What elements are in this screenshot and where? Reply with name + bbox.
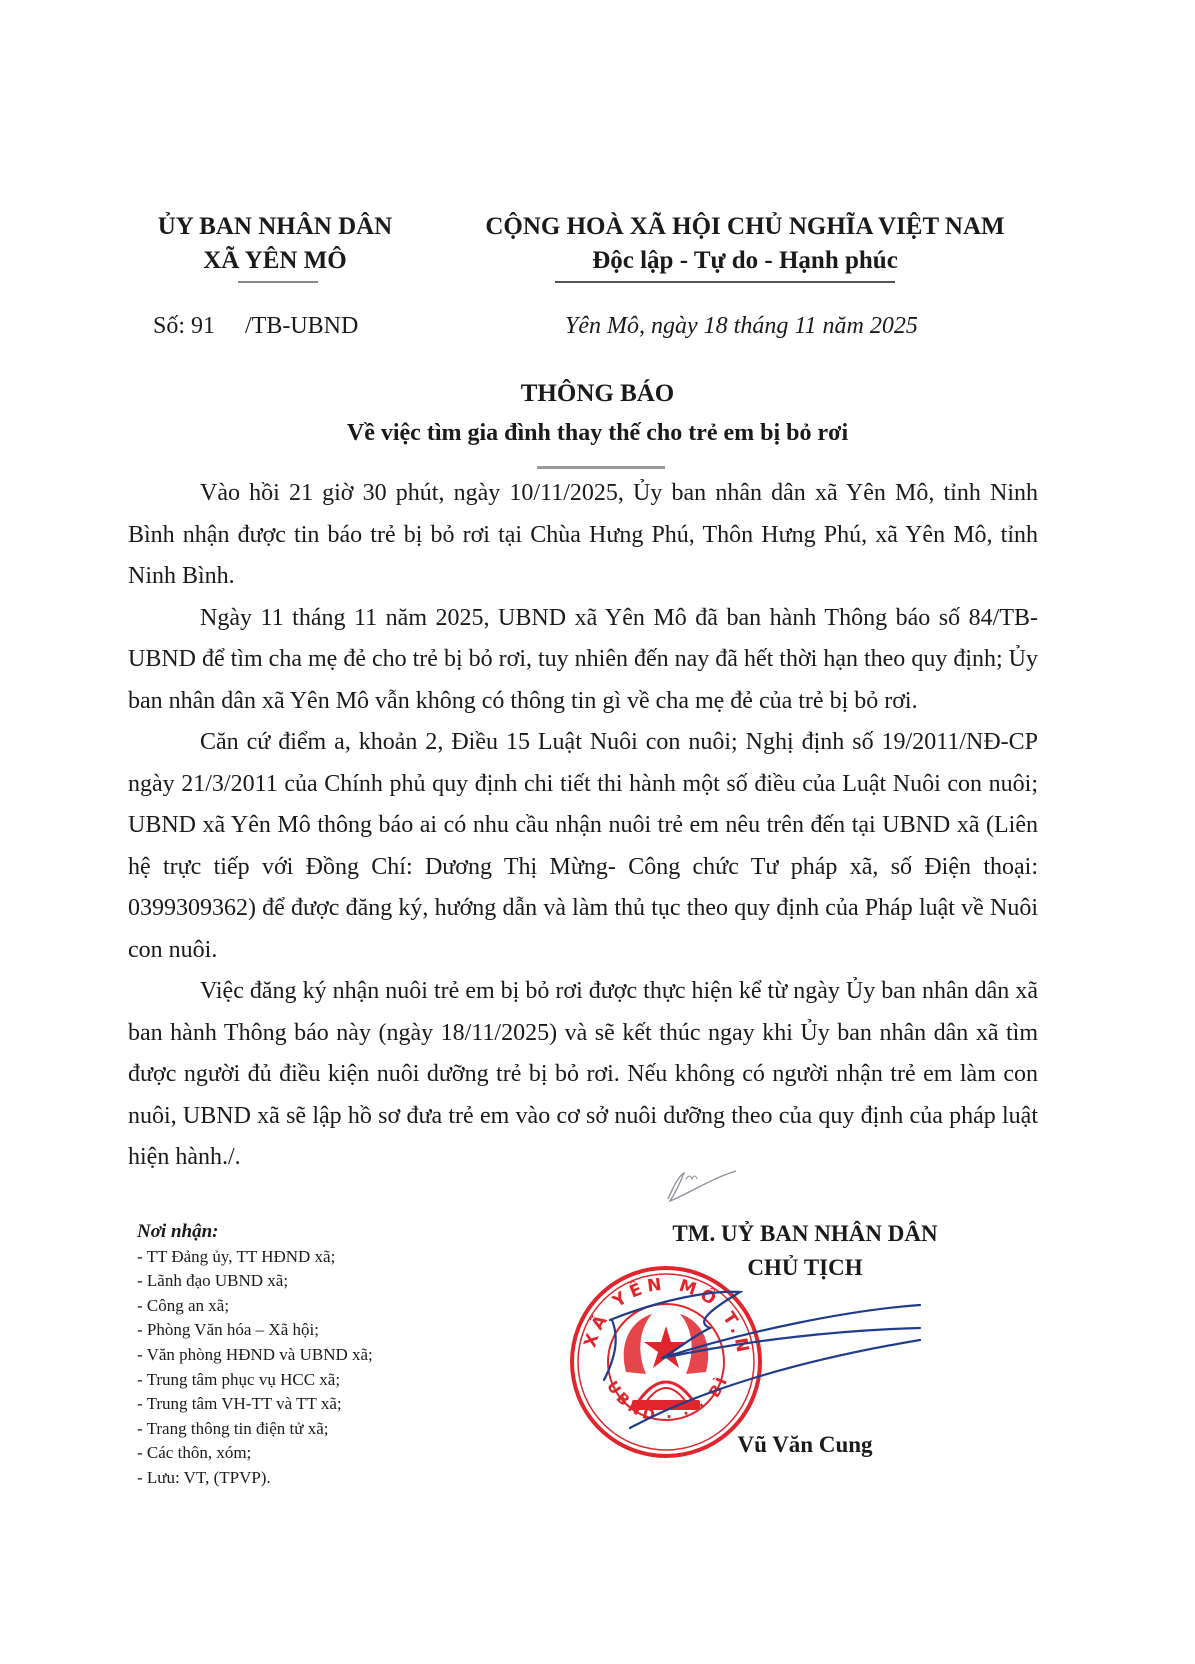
document-subtitle: Về việc tìm gia đình thay thế cho trẻ em… [0, 420, 1195, 447]
recipient-item: - Công an xã; [137, 1294, 467, 1319]
agency-line-1: ỦY BAN NHÂN DÂN [130, 210, 420, 244]
document-body: Vào hồi 21 giờ 30 phút, ngày 10/11/2025,… [128, 473, 1038, 1179]
nation-line-1: CỘNG HOÀ XÃ HỘI CHỦ NGHĨA VIỆT NAM [445, 210, 1045, 244]
document-number: Số: 91/TB-UBND [153, 313, 358, 340]
recipients-label: Nơi nhận: [137, 1220, 467, 1245]
recipient-item: - Trung tâm VH-TT và TT xã; [137, 1392, 467, 1417]
motto-underline [555, 281, 895, 283]
document-number-suffix: /TB-UBND [245, 313, 358, 339]
agency-underline [238, 281, 318, 283]
national-heading: CỘNG HOÀ XÃ HỘI CHỦ NGHĨA VIỆT NAM Độc l… [445, 210, 1045, 278]
recipient-item: - Văn phòng HĐND và UBND xã; [137, 1343, 467, 1368]
recipient-item: - Các thôn, xóm; [137, 1441, 467, 1466]
body-paragraph: Căn cứ điểm a, khoản 2, Điều 15 Luật Nuô… [128, 722, 1038, 971]
agency-line-2: XÃ YÊN MÔ [130, 244, 420, 278]
place-and-date: Yên Mô, ngày 18 tháng 11 năm 2025 [565, 313, 918, 340]
recipient-item: - Phòng Văn hóa – Xã hội; [137, 1318, 467, 1343]
document-title: THÔNG BÁO [0, 380, 1195, 408]
recipient-item: - Lưu: VT, (TPVP). [137, 1466, 467, 1491]
body-paragraph: Việc đăng ký nhận nuôi trẻ em bị bỏ rơi … [128, 971, 1038, 1179]
document-number-prefix: Số: 91 [153, 313, 215, 339]
handwritten-signature-icon [600, 1280, 930, 1430]
body-paragraph: Vào hồi 21 giờ 30 phút, ngày 10/11/2025,… [128, 473, 1038, 598]
signature-title-line-1: TM. UỶ BAN NHÂN DÂN [640, 1217, 970, 1251]
body-paragraph: Ngày 11 tháng 11 năm 2025, UBND xã Yên M… [128, 598, 1038, 723]
recipients-list: Nơi nhận: - TT Đảng ủy, TT HĐND xã; - Lã… [137, 1220, 467, 1491]
recipient-item: - Lãnh đạo UBND xã; [137, 1269, 467, 1294]
recipient-item: - Trang thông tin điện tử xã; [137, 1417, 467, 1442]
recipient-item: - Trung tâm phục vụ HCC xã; [137, 1368, 467, 1393]
nation-motto: Độc lập - Tự do - Hạnh phúc [445, 244, 1045, 278]
recipient-item: - TT Đảng ủy, TT HĐND xã; [137, 1245, 467, 1270]
signer-name: Vũ Văn Cung [640, 1432, 970, 1458]
subtitle-underline [537, 466, 665, 469]
issuing-agency: ỦY BAN NHÂN DÂN XÃ YÊN MÔ [130, 210, 420, 278]
initial-flourish-icon [660, 1165, 740, 1205]
